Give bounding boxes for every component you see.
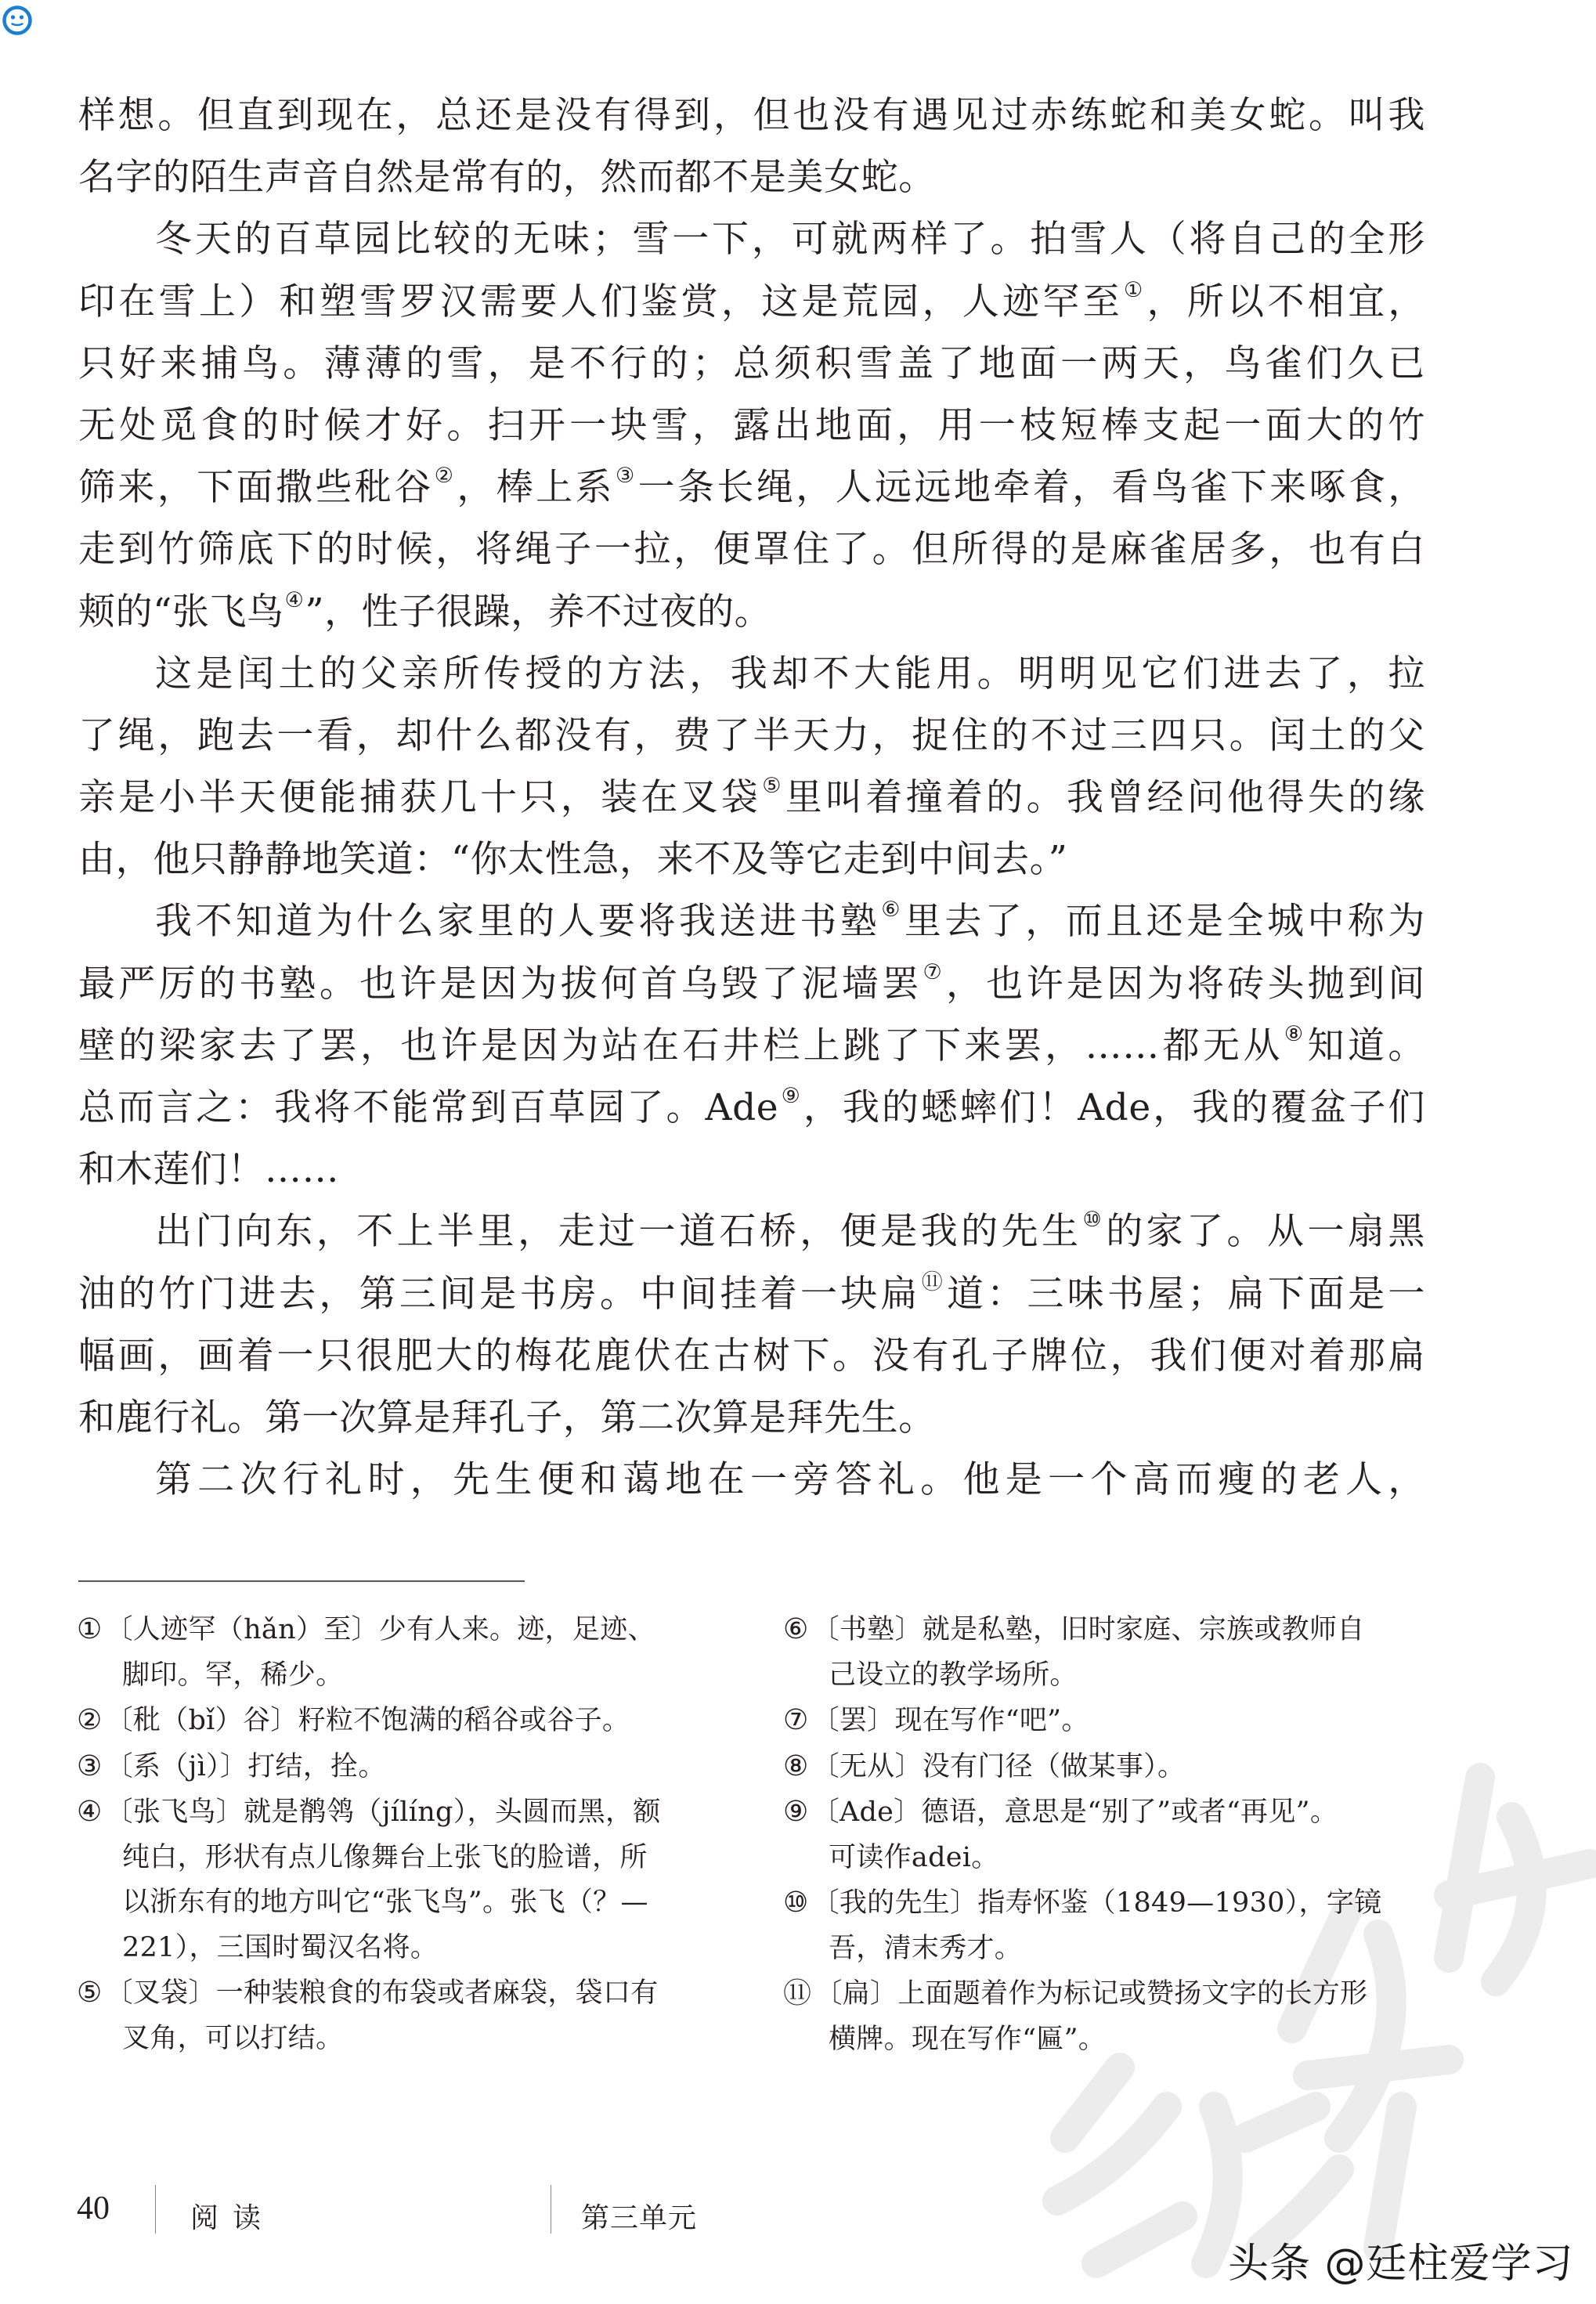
footnote-divider (78, 1580, 525, 1582)
footnote-line: ⑩〔我的先生〕指寿怀鉴（1849—1930），字镜 (783, 1880, 1433, 1927)
footnote-item: ⑥〔书塾〕就是私塾，旧时家庭、宗族或教师自己设立的教学场所。 (783, 1607, 1433, 1698)
footnote-number: ⑪ (783, 1977, 811, 2010)
source-credit: 头条 @廷柱爱学习 (1228, 2230, 1574, 2289)
footnote-text: 可读作adei。 (829, 1842, 999, 1873)
footnotes-right-column: ⑥〔书塾〕就是私塾，旧时家庭、宗族或教师自己设立的教学场所。⑦〔罢〕现在写作“吧… (783, 1607, 1433, 2062)
body-line: 亲是小半天便能捕获几十只，装在叉袋⑤里叫着撞着的。我曾经问他得失的缘 (78, 767, 1425, 829)
body-text-segment: 无处觅食的时候才好。扫开一块雪，露出地面，用一枝短棒支起一面大的竹 (78, 404, 1425, 447)
footnote-line: 脚印。罕，稀少。 (77, 1653, 719, 1699)
footnote-text: 〔张飞鸟〕就是鹡鸰（jílíng），头圆而黑，额 (106, 1797, 661, 1828)
footnotes-left-column: ①〔人迹罕（hǎn）至〕少有人来。迹，足迹、脚印。罕，稀少。②〔秕（bǐ）谷〕籽… (77, 1607, 719, 2061)
footnote-number: ⑩ (783, 1887, 809, 1919)
footnote-line: ①〔人迹罕（hǎn）至〕少有人来。迹，足迹、 (77, 1607, 719, 1653)
article-body: 样想。但直到现在，总还是没有得到，但也没有遇见过赤练蛇和美女蛇。叫我名字的陌生声… (78, 85, 1425, 1511)
footnote-number: ⑤ (77, 1977, 103, 2009)
body-line: 出门向东，不上半里，走过一道石桥，便是我的先生⑩的家了。从一扇黑 (78, 1201, 1425, 1262)
body-text-segment: 亲是小半天便能捕获几十只，装在叉袋 (78, 776, 761, 819)
footnote-text: 脚印。罕，稀少。 (122, 1659, 343, 1691)
body-line: 第二次行礼时，先生便和蔼地在一旁答礼。他是一个高而瘦的老人， (78, 1449, 1425, 1511)
footnote-line: 可读作adei。 (783, 1836, 1433, 1881)
footnote-text: 〔Ade〕德语，意思是“别了”或者“再见”。 (812, 1797, 1338, 1828)
body-text-segment: 筛来，下面撒些秕谷 (78, 466, 434, 509)
body-text-segment: 知道。 (1308, 1024, 1425, 1067)
footnote-text: 〔书塾〕就是私塾，旧时家庭、宗族或教师自 (812, 1614, 1365, 1645)
body-line: 筛来，下面撒些秕谷②，棒上系③一条长绳，人远远地牵着，看鸟雀下来啄食， (78, 457, 1425, 518)
body-text-segment: ，我的蟋蟀们！Ade，我的覆盆子们 (803, 1086, 1425, 1129)
footnote-text: 〔秕（bǐ）谷〕籽粒不饱满的稻谷或谷子。 (106, 1705, 630, 1736)
footnote-item: ②〔秕（bǐ）谷〕籽粒不饱满的稻谷或谷子。 (77, 1698, 719, 1744)
body-text-segment: 出门向东，不上半里，走过一道石桥，便是我的先生 (155, 1210, 1082, 1253)
footnote-marker[interactable]: ③ (616, 464, 637, 488)
body-text-segment: 和木莲们！…… (78, 1148, 339, 1191)
footnote-text: 〔人迹罕（hǎn）至〕少有人来。迹，足迹、 (106, 1614, 655, 1645)
footnote-text: 〔我的先生〕指寿怀鉴（1849—1930），字镜 (812, 1887, 1382, 1919)
footnote-marker[interactable]: ⑩ (1083, 1208, 1106, 1232)
footnote-marker[interactable]: ⑦ (923, 960, 945, 984)
body-text-segment: 走到竹筛底下的时候，将绳子一拉，便罩住了。但所得的是麻雀居多，也有白 (78, 528, 1425, 571)
footnote-number: ① (77, 1613, 103, 1645)
body-text-segment: 只好来捕鸟。薄薄的雪，是不行的；总须积雪盖了地面一两天，鸟雀们久已 (78, 342, 1425, 385)
body-text-segment: 幅画，画着一只很肥大的梅花鹿伏在古树下。没有孔子牌位，我们便对着那扁 (78, 1334, 1425, 1378)
body-line: 和鹿行礼。第一次算是拜孔子，第二次算是拜先生。 (78, 1387, 1425, 1449)
body-line: 无处觅食的时候才好。扫开一块雪，露出地面，用一枝短棒支起一面大的竹 (78, 395, 1425, 457)
footnote-text: 〔扁〕上面题着作为标记或赞扬文字的长方形 (814, 1978, 1367, 2010)
body-text-segment: 一条长绳，人远远地牵着，看鸟雀下来啄食， (638, 466, 1425, 509)
footnote-line: ②〔秕（bǐ）谷〕籽粒不饱满的稻谷或谷子。 (77, 1698, 719, 1744)
footnote-item: ③〔系（jì）〕打结，拴。 (77, 1744, 719, 1790)
body-text-segment: ，所以不相宜， (1147, 280, 1425, 323)
body-line: 总而言之：我将不能常到百草园了。Ade⑨，我的蟋蟀们！Ade，我的覆盆子们 (78, 1077, 1425, 1139)
footnote-line: ⑪〔扁〕上面题着作为标记或赞扬文字的长方形 (783, 1971, 1433, 2017)
body-text-segment: 了绳，跑去一看，却什么都没有，费了半天力，捉住的不过三四只。闰土的父 (78, 714, 1425, 757)
footnote-number: ⑨ (783, 1796, 809, 1828)
footnote-line: ⑧〔无从〕没有门径（做某事）。 (783, 1744, 1433, 1790)
body-line: 最严厉的书塾。也许是因为拔何首乌毁了泥墙罢⑦，也许是因为将砖头抛到间 (78, 953, 1425, 1015)
page-number: 40 (77, 2190, 110, 2227)
body-text-segment: 我不知道为什么家里的人要将我送进书塾 (155, 900, 880, 943)
footnote-marker[interactable]: ⑨ (779, 1084, 803, 1108)
body-text-segment: 冬天的百草园比较的无味；雪一下，可就两样了。拍雪人（将自己的全形 (155, 218, 1425, 261)
smiley-face-icon[interactable] (2, 5, 33, 36)
footnote-text: 〔叉袋〕一种装粮食的布袋或者麻袋，袋口有 (106, 1977, 659, 2009)
footnote-marker[interactable]: ⑥ (881, 897, 904, 922)
body-text-segment: 这是闰土的父亲所传授的方法，我却不大能用。明明见它们进去了，拉 (155, 652, 1425, 695)
footnote-number: ④ (77, 1796, 103, 1828)
footnote-line: 己设立的教学场所。 (783, 1653, 1433, 1699)
footnote-item: ①〔人迹罕（hǎn）至〕少有人来。迹，足迹、脚印。罕，稀少。 (77, 1607, 719, 1698)
footnote-marker[interactable]: ⑤ (762, 774, 785, 798)
footnote-line: ⑨〔Ade〕德语，意思是“别了”或者“再见”。 (783, 1789, 1433, 1836)
body-text-segment: 里去了，而且还是全城中称为 (905, 900, 1425, 943)
footnote-text: 纯白，形状有点儿像舞台上张飞的脸谱，所 (122, 1842, 648, 1873)
body-text-segment: 的家了。从一扇黑 (1106, 1210, 1425, 1253)
footnote-line: 吾，清末秀才。 (783, 1927, 1433, 1972)
footnote-text: 以浙东有的地方叫它“张飞鸟”。张飞（？— (122, 1887, 648, 1918)
body-line: 壁的梁家去了罢，也许是因为站在石井栏上跳了下来罢，……都无从⑧知道。 (78, 1015, 1425, 1077)
footnote-item: ⑩〔我的先生〕指寿怀鉴（1849—1930），字镜吾，清末秀才。 (783, 1880, 1433, 1971)
footnote-line: 221），三国时蜀汉名将。 (77, 1926, 719, 1971)
footnote-line: ③〔系（jì）〕打结，拴。 (77, 1744, 719, 1790)
body-line: 名字的陌生声音自然是常有的，然而都不是美女蛇。 (78, 146, 1425, 208)
footnote-line: 叉角，可以打结。 (77, 2017, 719, 2062)
footnote-line: ⑥〔书塾〕就是私塾，旧时家庭、宗族或教师自 (783, 1607, 1433, 1653)
body-text-segment: 油的竹门进去，第三间是书房。中间挂着一块扁 (78, 1273, 921, 1316)
body-text-segment: 由，他只静静地笑道：“你太性急，来不及等它走到中间去。” (78, 838, 1067, 881)
footnote-item: ⑤〔叉袋〕一种装粮食的布袋或者麻袋，袋口有叉角，可以打结。 (77, 1970, 719, 2061)
footnote-line: 横牌。现在写作“匾”。 (783, 2017, 1433, 2063)
body-line: 由，他只静静地笑道：“你太性急，来不及等它走到中间去。” (78, 829, 1425, 890)
body-line: 颊的“张飞鸟④”，性子很躁，养不过夜的。 (78, 581, 1425, 643)
footnote-text: 〔系（jì）〕打结，拴。 (106, 1751, 386, 1782)
footnote-line: ④〔张飞鸟〕就是鹡鸰（jílíng），头圆而黑，额 (77, 1789, 719, 1836)
footnote-text: 〔罢〕现在写作“吧”。 (812, 1705, 1089, 1736)
body-text-segment: 里叫着撞着的。我曾经问他得失的缘 (785, 776, 1425, 819)
footnote-line: ⑤〔叉袋〕一种装粮食的布袋或者麻袋，袋口有 (77, 1970, 719, 2017)
body-text-segment: 样想。但直到现在，总还是没有得到，但也没有遇见过赤练蛇和美女蛇。叫我 (78, 94, 1425, 137)
body-text-segment: 印在雪上）和塑雪罗汉需要人们鉴赏，这是荒园，人迹罕至 (78, 280, 1123, 323)
footnote-text: 221），三国时蜀汉名将。 (122, 1932, 438, 1963)
body-text-segment: 颊的“张飞鸟 (78, 590, 284, 634)
footnote-number: ⑧ (783, 1750, 809, 1782)
body-line: 我不知道为什么家里的人要将我送进书塾⑥里去了，而且还是全城中称为 (78, 890, 1425, 952)
footnote-text: 叉角，可以打结。 (122, 2023, 343, 2054)
footnote-line: 纯白，形状有点儿像舞台上张飞的脸谱，所 (77, 1836, 719, 1881)
footnote-item: ⑨〔Ade〕德语，意思是“别了”或者“再见”。可读作adei。 (783, 1789, 1433, 1880)
footnote-number: ③ (77, 1750, 103, 1782)
body-line: 油的竹门进去，第三间是书房。中间挂着一块扁⑪道：三味书屋；扁下面是一 (78, 1263, 1425, 1325)
body-text-segment: 和鹿行礼。第一次算是拜孔子，第二次算是拜先生。 (78, 1396, 936, 1439)
footnote-text: 己设立的教学场所。 (829, 1659, 1078, 1691)
footnote-item: ④〔张飞鸟〕就是鹡鸰（jílíng），头圆而黑，额纯白，形状有点儿像舞台上张飞的… (77, 1789, 719, 1970)
footnote-number: ⑥ (783, 1613, 809, 1645)
body-line: 了绳，跑去一看，却什么都没有，费了半天力，捉住的不过三四只。闰土的父 (78, 705, 1425, 767)
body-line: 幅画，画着一只很肥大的梅花鹿伏在古树下。没有孔子牌位，我们便对着那扁 (78, 1325, 1425, 1387)
body-line: 走到竹筛底下的时候，将绳子一拉，便罩住了。但所得的是麻雀居多，也有白 (78, 518, 1425, 580)
body-text-segment: ，也许是因为将砖头抛到间 (946, 962, 1425, 1006)
footnote-text: 〔无从〕没有门径（做某事）。 (812, 1751, 1186, 1782)
body-line: 冬天的百草园比较的无味；雪一下，可就两样了。拍雪人（将自己的全形 (78, 208, 1425, 270)
body-line: 这是闰土的父亲所传授的方法，我却不大能用。明明见它们进去了，拉 (78, 643, 1425, 705)
body-line: 印在雪上）和塑雪罗汉需要人们鉴赏，这是荒园，人迹罕至①，所以不相宜， (78, 271, 1425, 333)
body-text-segment: ”，性子很躁，养不过夜的。 (305, 590, 771, 634)
footnote-text: 横牌。现在写作“匾”。 (829, 2024, 1106, 2055)
body-line: 样想。但直到现在，总还是没有得到，但也没有遇见过赤练蛇和美女蛇。叫我 (78, 85, 1425, 146)
footnote-marker[interactable]: ⑪ (922, 1270, 946, 1295)
footnote-marker[interactable]: ① (1124, 278, 1146, 302)
footer-divider (551, 2185, 551, 2234)
footnote-marker[interactable]: ⑧ (1284, 1022, 1307, 1046)
footnote-item: ⑪〔扁〕上面题着作为标记或赞扬文字的长方形横牌。现在写作“匾”。 (783, 1971, 1433, 2062)
footnote-number: ② (77, 1704, 103, 1736)
footnote-line: 以浙东有的地方叫它“张飞鸟”。张飞（？— (77, 1880, 719, 1926)
footnote-marker[interactable]: ④ (285, 588, 305, 612)
body-line: 只好来捕鸟。薄薄的雪，是不行的；总须积雪盖了地面一两天，鸟雀们久已 (78, 333, 1425, 395)
footnote-number: ⑦ (783, 1704, 809, 1736)
footnote-item: ⑦〔罢〕现在写作“吧”。 (783, 1698, 1433, 1744)
footnote-item: ⑧〔无从〕没有门径（做某事）。 (783, 1744, 1433, 1790)
body-text-segment: 道：三味书屋；扁下面是一 (947, 1273, 1425, 1316)
footnote-line: ⑦〔罢〕现在写作“吧”。 (783, 1698, 1433, 1744)
body-text-segment: 总而言之：我将不能常到百草园了。Ade (78, 1086, 778, 1129)
footer-section-label: 阅读 (190, 2196, 275, 2236)
body-text-segment: ，棒上系 (457, 466, 615, 509)
body-text-segment: 最严厉的书塾。也许是因为拔何首乌毁了泥墙罢 (78, 962, 922, 1006)
body-line: 和木莲们！…… (78, 1139, 1425, 1201)
footer-divider (155, 2185, 156, 2234)
footnote-text: 吾，清末秀才。 (829, 1933, 1022, 1964)
body-text-segment: 第二次行礼时，先生便和蔼地在一旁答礼。他是一个高而瘦的老人， (155, 1458, 1425, 1501)
footnote-marker[interactable]: ② (435, 464, 457, 488)
body-text-segment: 名字的陌生声音自然是常有的，然而都不是美女蛇。 (78, 156, 936, 199)
body-text-segment: 壁的梁家去了罢，也许是因为站在石井栏上跳了下来罢，……都无从 (78, 1024, 1284, 1067)
footer-unit-label: 第三单元 (581, 2196, 697, 2236)
